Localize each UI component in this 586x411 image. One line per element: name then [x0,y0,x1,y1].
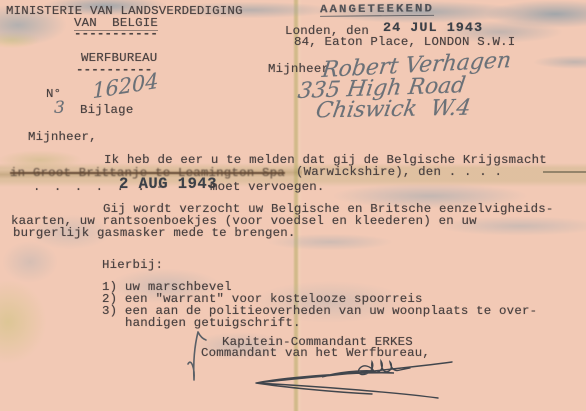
enclosure-count-handwritten: 3 [54,98,65,118]
pencil-checkmark [186,330,208,385]
letter-document: MINISTERIE VAN LANDSVERDEDIGING VAN BELG… [0,0,586,411]
recipient-city-handwritten: Chiswick W.4 [314,96,473,124]
registered-mail-stamp: AANGETEEKEND [320,2,434,16]
body-paragraph1-line3: moet vervoegen. [210,181,325,193]
sender-address: 84, Eaton Place, LONDON S.W.I [294,36,515,48]
divider-rule: ----------- [74,28,158,40]
enclosure-item-3-continuation: handigen getuigschrift. [125,317,301,329]
enclosure-label: Bijlage [80,104,133,116]
enclosures-heading: Hierbij: [102,259,163,271]
signature-flourish [242,356,467,404]
recipient-salutation: Mijnheer [268,63,329,75]
trailing-rule [543,171,586,173]
date-stamp: 24 JUL 1943 [383,21,483,35]
letter-salutation: Mijnheer, [28,131,97,143]
body-paragraph1-line2: (Warwickshire), den . . . . [296,166,502,178]
report-date-stamp: 2 AUG 1943 [119,175,217,193]
body-paragraph2-line3: burgerlijk gasmasker mede te brengen. [13,227,296,239]
